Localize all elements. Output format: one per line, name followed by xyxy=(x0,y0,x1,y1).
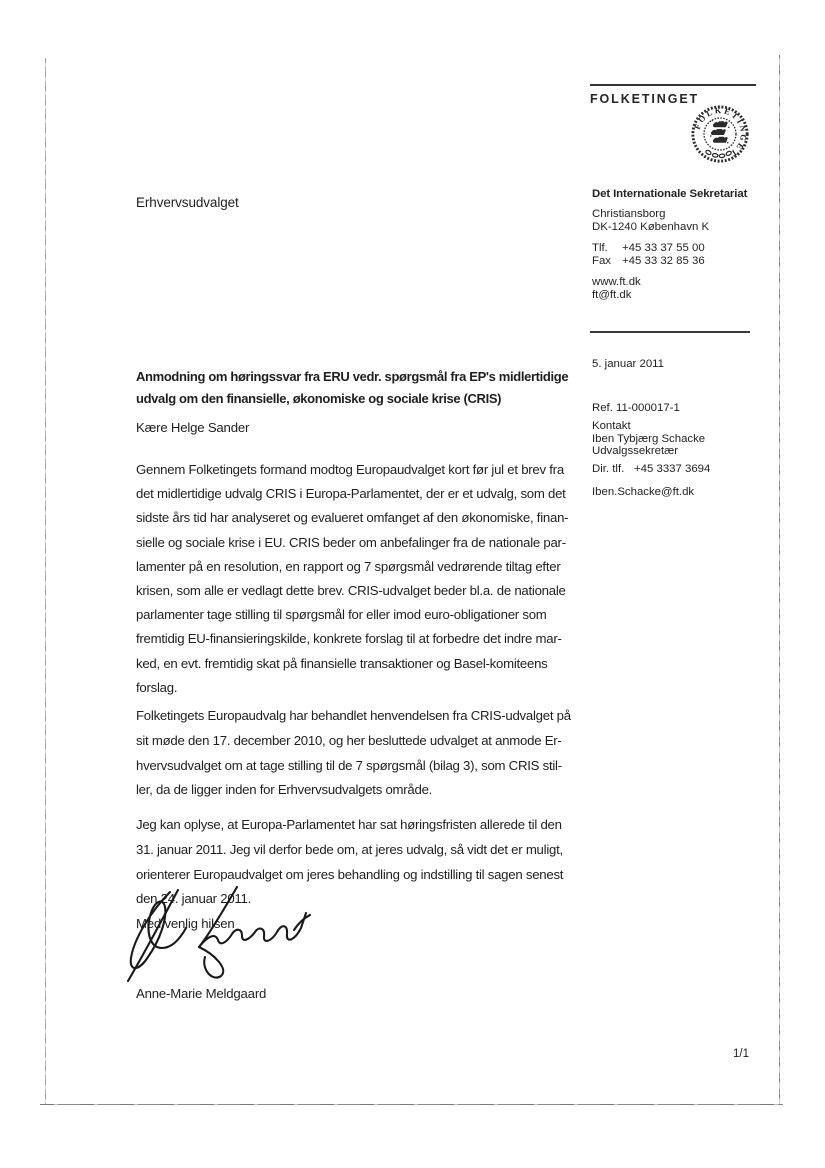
phone-number: +45 33 37 55 00 xyxy=(622,242,705,256)
contact-block: Kontakt Iben Tybjærg Schacke Udvalgssekr… xyxy=(592,420,705,458)
website-link: www.ft.dk xyxy=(592,276,772,290)
direct-phone-row: Dir. tlf. +45 3337 3694 xyxy=(592,463,710,475)
fax-number: +45 33 32 85 36 xyxy=(622,255,705,269)
scan-edge-left xyxy=(45,58,46,1105)
email-link: ft@ft.dk xyxy=(592,289,772,303)
letter-paragraph: Folketingets Europaudvalg har behandlet … xyxy=(136,704,596,803)
recipient-committee: Erhvervsudvalget xyxy=(136,195,239,210)
fax-label: Fax xyxy=(592,255,622,269)
scanned-letter-page: FOLKETINGET FOLKETINGET Erhvervsu xyxy=(0,0,825,1168)
seal-lions xyxy=(710,120,729,144)
header-rule xyxy=(590,84,756,86)
scan-edge-right xyxy=(779,55,780,1105)
phone-label: Tlf. xyxy=(592,242,622,256)
reference-number: Ref. 11-000017-1 xyxy=(592,402,680,414)
org-name: FOLKETINGET xyxy=(590,92,699,106)
secretariat-name: Det Internationale Sekretariat xyxy=(592,188,772,202)
contact-title: Udvalgssekretær xyxy=(592,445,705,458)
letter-subject: Anmodning om høringssvar fra ERU vedr. s… xyxy=(136,366,596,410)
seal-chain-decoration xyxy=(705,150,732,158)
scan-edge-bottom xyxy=(40,1104,783,1105)
salutation: Kære Helge Sander xyxy=(136,420,249,435)
address-line: DK-1240 København K xyxy=(592,221,772,235)
direct-phone-number: +45 3337 3694 xyxy=(634,463,710,475)
handwritten-signature-image xyxy=(124,884,314,984)
direct-phone-label: Dir. tlf. xyxy=(592,463,634,475)
sidebar-divider-rule xyxy=(590,331,750,333)
phone-row: Tlf. +45 33 37 55 00 xyxy=(592,242,772,256)
letter-paragraph: Gennem Folketingets formand modtog Europ… xyxy=(136,458,596,700)
address-line: Christiansborg xyxy=(592,208,772,222)
contact-name: Iben Tybjærg Schacke xyxy=(592,433,705,446)
contact-email: Iben.Schacke@ft.dk xyxy=(592,486,694,498)
contact-label: Kontakt xyxy=(592,420,705,433)
page-number: 1/1 xyxy=(733,1048,749,1060)
letter-date: 5. januar 2011 xyxy=(592,358,664,370)
signatory-name: Anne-Marie Meldgaard xyxy=(136,986,266,1001)
sender-info-block: Det Internationale Sekretariat Christian… xyxy=(592,188,772,303)
folketinget-seal-icon: FOLKETINGET xyxy=(689,103,751,165)
fax-row: Fax +45 33 32 85 36 xyxy=(592,255,772,269)
